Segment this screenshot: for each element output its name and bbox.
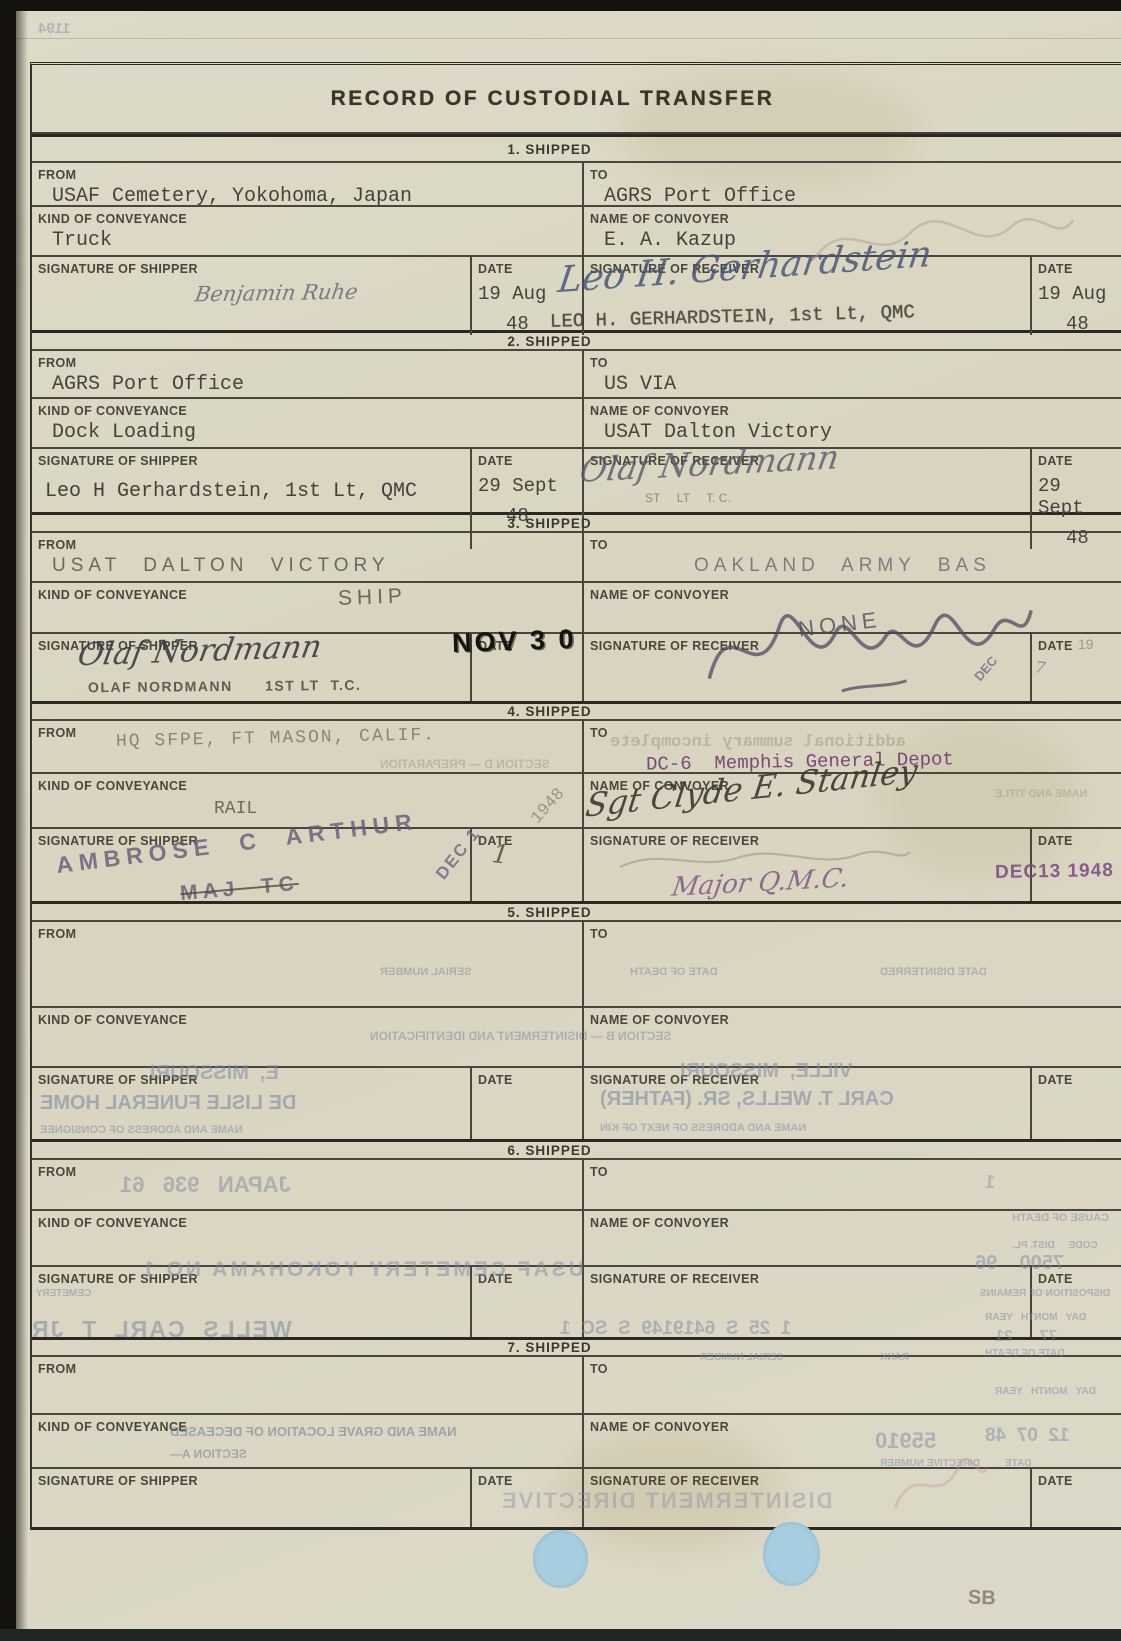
section-4-conveyance-cell: KIND OF CONVEYANCERAIL: [32, 774, 582, 827]
showthrough-label: DAY MONTH YEAR: [995, 1386, 1096, 1398]
showthrough-label: DISPOSITION OF REMAINS: [980, 1288, 1110, 1300]
showthrough-label: CEMETERY: [36, 1288, 91, 1300]
section-1-header: 1. SHIPPED: [32, 134, 1121, 163]
showthrough-label: SERIAL NUMBER: [700, 1352, 783, 1364]
section-4-shipper-date-cell: DATE: [470, 829, 582, 901]
showthrough-numbers: 1 25 S 6419149 S SC 1: [560, 1318, 791, 1340]
showthrough-title: DISINTERMENT DIRECTIVE: [500, 1488, 832, 1513]
showthrough-numbers: 7500 96: [975, 1252, 1064, 1275]
receiver-signature-scrawl: [698, 572, 1042, 706]
section-2-to-cell: TOUS VIA: [582, 351, 1121, 397]
showthrough-number: 1194: [38, 20, 71, 37]
showthrough-text: E, MISSOURI: [150, 1062, 279, 1085]
scanned-document-page: RECORD OF CUSTODIAL TRANSFER 1. SHIPPED …: [0, 0, 1121, 1641]
section-6-conveyance-cell: KIND OF CONVEYANCE: [32, 1211, 582, 1265]
showthrough-text: VILLE, MISSOURI: [680, 1060, 852, 1083]
punch-hole: [763, 1522, 820, 1586]
shipper-signature-handwritten: Olaf Nordmann: [75, 632, 324, 672]
showthrough-text: CARL T. WELLS, SR. (FATHER): [600, 1088, 894, 1111]
showthrough-label: NAME AND TITLE: [995, 788, 1087, 801]
section-4-header: 4. SHIPPED: [32, 701, 1121, 721]
to-label: TO: [590, 168, 608, 182]
section-2-convoyer-cell: NAME OF CONVOYERUSAT Dalton Victory: [582, 399, 1121, 447]
conveyance-stamp: SHIP: [38, 579, 577, 622]
red-pencil-scrawl: [885, 1448, 995, 1518]
form-title-bar: RECORD OF CUSTODIAL TRANSFER: [32, 65, 1121, 134]
dec-13-1948-date-stamp: DEC13 1948: [995, 861, 1114, 882]
section-1-conveyance-cell: KIND OF CONVEYANCETruck: [32, 207, 582, 255]
showthrough-label: NAME AND ADDRESS OF CONSIGNEE: [40, 1124, 243, 1137]
showthrough-label: NAME AND GRAVE LOCATION OF DECEASED: [170, 1425, 457, 1440]
shipper-name-stamped: OLAF NORDMANN 1ST LT T.C.: [88, 678, 361, 694]
to-stamp: OAKLAND ARMY BAS: [590, 555, 1117, 577]
section-7-shipper-signature-cell: SIGNATURE OF SHIPPER: [32, 1469, 470, 1527]
section-1-from-cell: FROMUSAF Cemetery, Yokohoma, Japan: [32, 163, 582, 208]
section-5-to-cell: TO: [582, 922, 1121, 1006]
showthrough-label: SECTION A—: [170, 1448, 247, 1462]
page-corner-mark: SB: [968, 1588, 996, 1609]
showthrough-label: CAUSE OF DEATH: [1012, 1212, 1109, 1225]
section-7-receiver-date-cell: DATE: [1030, 1469, 1121, 1527]
section-6-from-cell: FROM: [32, 1160, 582, 1209]
showthrough-label: DATE OF DEATH: [630, 966, 718, 979]
shipper-name-typed: Leo H Gerhardstein, 1st Lt, QMC: [45, 482, 417, 502]
section-5-header: 5. SHIPPED: [32, 901, 1121, 922]
scan-edge-top: [0, 0, 1121, 11]
section-6-header: 6. SHIPPED: [32, 1139, 1121, 1160]
section-2-from-cell: FROMAGRS Port Office: [32, 351, 582, 397]
section-2-conveyance-cell: KIND OF CONVEYANCEDock Loading: [32, 399, 582, 447]
showthrough-typed: additional summary incomplete: [610, 733, 906, 753]
section-6-to-cell: TO: [582, 1160, 1121, 1209]
scan-edge-shadow: [16, 0, 28, 1641]
section-6-receiver-date-cell: DATE: [1030, 1267, 1121, 1337]
section-5-receiver-date-cell: DATE: [1030, 1068, 1121, 1139]
section-7-to-cell: TO: [582, 1357, 1121, 1413]
showthrough-label: DATE: [1005, 1458, 1031, 1470]
section-7-conveyance-cell: KIND OF CONVEYANCE: [32, 1415, 582, 1467]
nov-30-date-stamp: NOV 3 0: [452, 626, 577, 657]
conveyance-label: KIND OF CONVEYANCE: [38, 212, 187, 226]
showthrough-script-loops: [808, 200, 1078, 285]
scan-edge-bottom: [0, 1629, 1121, 1641]
section-5-shipper-date-cell: DATE: [470, 1068, 582, 1139]
date-fragment: 19: [1078, 637, 1094, 651]
receiver-rank-faint: ST LT T. C.: [645, 492, 731, 504]
form-title: RECORD OF CUSTODIAL TRANSFER: [331, 87, 775, 111]
section-7-from-cell: FROM: [32, 1357, 582, 1413]
showthrough-text: DE LISLE FUNERAL HOME: [40, 1092, 296, 1115]
showthrough-label: NAME AND ADDRESS OF NEXT OF KIN: [600, 1122, 806, 1135]
shipper-signature-handwritten: Benjamin Ruhe: [193, 282, 359, 306]
showthrough-text: JAPAN 936 61: [120, 1172, 291, 1197]
scan-edge-left: [0, 0, 16, 1641]
scan-artifact-line: [16, 38, 1121, 39]
convoyer-label: NAME OF CONVOYER: [590, 212, 729, 226]
showthrough-label: CODE DIST. PL.: [1012, 1240, 1098, 1252]
from-label: FROM: [38, 168, 76, 182]
punch-hole: [533, 1530, 588, 1588]
from-stamp: USAT DALTON VICTORY: [38, 555, 576, 577]
showthrough-label: DATE DISINTERRED: [880, 966, 987, 979]
showthrough-text: USAF CEMETERY YOKOHAMA NO 1: [140, 1258, 584, 1282]
showthrough-label: RANK: [880, 1352, 909, 1364]
showthrough-numbers: 77 21: [995, 1328, 1057, 1346]
section-5-from-cell: FROM: [32, 922, 582, 1006]
showthrough-label: SECTION B — DISINTERMENT AND IDENTIFICAT…: [370, 1030, 671, 1044]
showthrough-text: WELLS CARL T JR: [30, 1316, 292, 1342]
showthrough-label: DATE OF DEATH: [985, 1348, 1065, 1360]
section-3-from-cell: FROMUSAT DALTON VICTORY: [32, 533, 582, 581]
section-3-to-cell: TOOAKLAND ARMY BAS: [582, 533, 1121, 581]
conveyance-value: Truck: [38, 229, 576, 252]
showthrough-numbers: 12 07 48: [985, 1425, 1070, 1447]
showthrough-label: SECTION D — PREPARATION: [380, 758, 550, 772]
showthrough-text: 1: [985, 1172, 995, 1193]
showthrough-label: SERIAL NUMBER: [380, 966, 471, 979]
showthrough-label: DAY MONTH YEAR: [985, 1312, 1086, 1324]
